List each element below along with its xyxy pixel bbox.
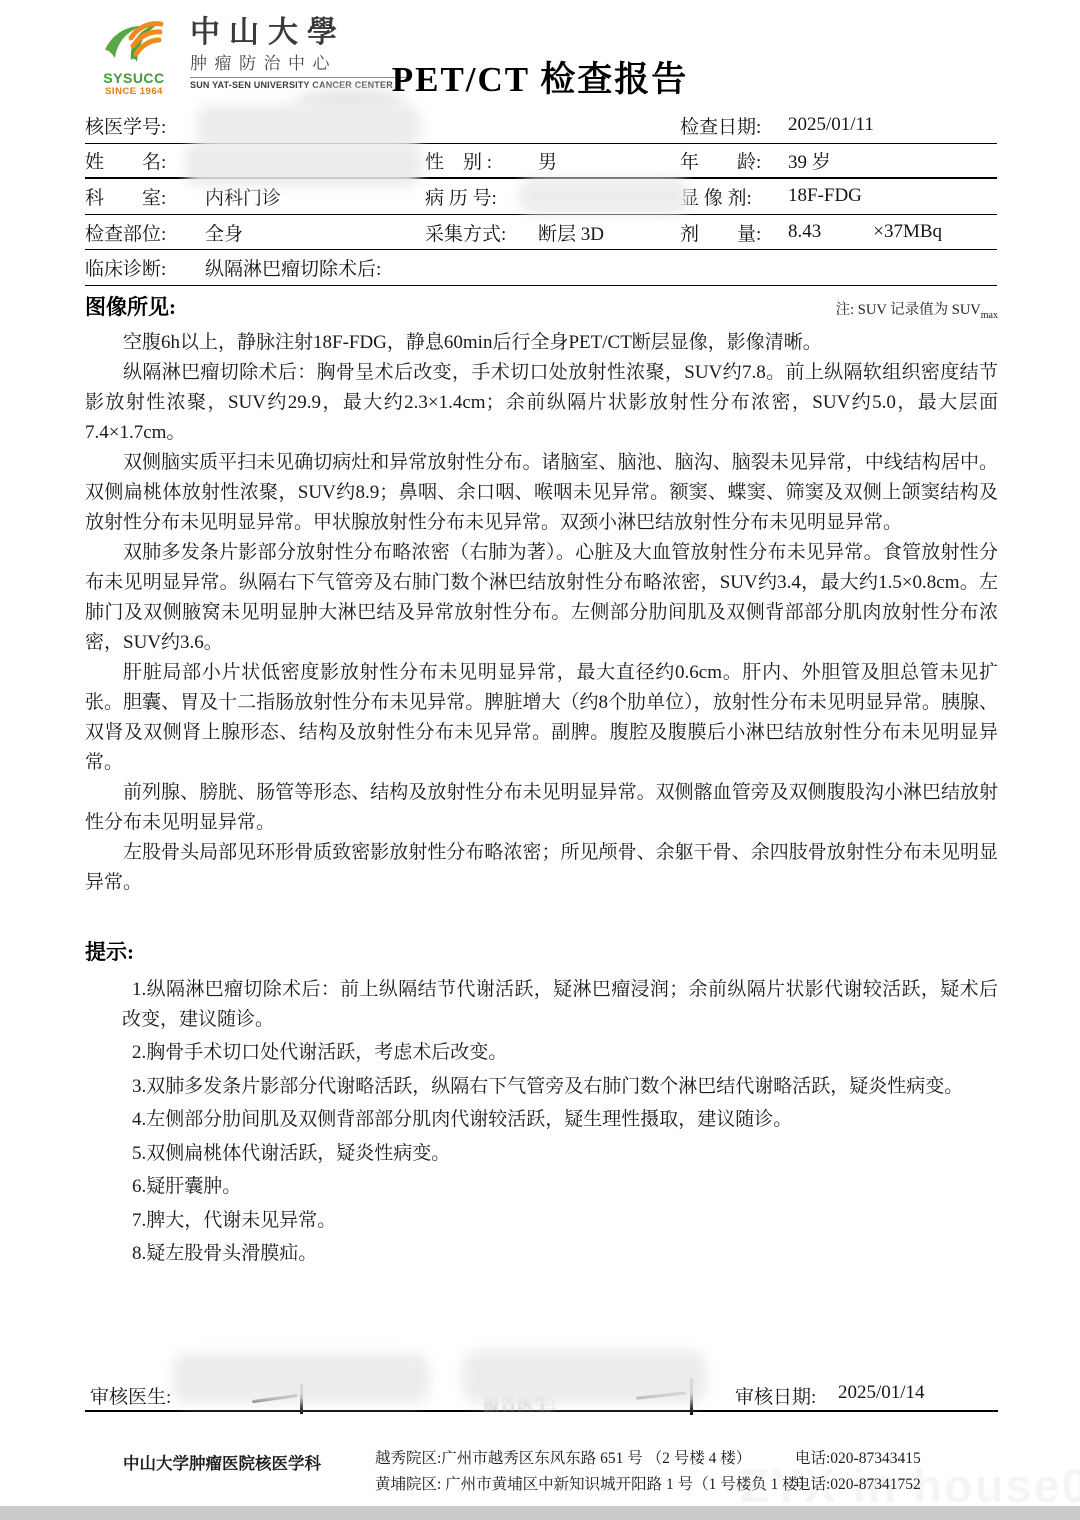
tracer-field: 显 像 剂: 18F-FDG <box>680 183 997 210</box>
tracer-label: 显 像 剂: <box>680 183 788 210</box>
review-date-label: 审核日期: <box>735 1382 816 1409</box>
sex-value: 男 <box>538 147 557 174</box>
mode-label: 采集方式: <box>425 219 538 246</box>
footer-address-yuexiu: 越秀院区:广州市越秀区东风东路 651 号 （2 号楼 4 楼） <box>375 1446 795 1472</box>
findings-paragraph: 双肺多发条片影部分放射性分布略浓密（右肺为著）。心脏及大血管放射性分布未见异常。… <box>85 538 998 658</box>
findings-paragraph: 双侧脑实质平扫未见确切病灶和异常放射性分布。诸脑室、脑池、脑沟、脑裂未见异常，中… <box>85 448 998 538</box>
dept-label: 科 室: <box>85 183 205 210</box>
impression-item: 7.脾大，代谢未见异常。 <box>122 1206 998 1236</box>
footer-department: 中山大学肿瘤医院核医学科 <box>85 1446 375 1498</box>
findings-paragraph: 空腹6h以上，静脉注射18F-FDG，静息60min后行全身PET/CT断层显像… <box>85 328 998 358</box>
redaction-name <box>184 141 422 187</box>
diagnosis-label: 临床诊断: <box>85 254 205 281</box>
petct-report-page: SYSUCC SINCE 1964 中山大學 肿瘤防治中心 SUN YAT-SE… <box>0 0 1080 1520</box>
region-field: 检查部位: 全身 <box>85 219 425 246</box>
exam-no-label: 核医学号: <box>85 112 205 139</box>
exam-date-field: 检查日期: 2025/01/11 <box>680 112 997 139</box>
redaction-reporter-signature <box>462 1350 707 1404</box>
footer-addresses: 越秀院区:广州市越秀区东风东路 651 号 （2 号楼 4 楼） 黄埔院区: 广… <box>375 1446 795 1498</box>
age-value: 39 岁 <box>788 147 831 174</box>
region-value: 全身 <box>205 219 243 246</box>
impression-item: 4.左侧部分肋间肌及双侧背部部分肌肉代谢较活跃，疑生理性摄取，建议随诊。 <box>122 1105 998 1135</box>
dept-field: 科 室: 内科门诊 <box>85 183 425 210</box>
hospital-name-cn: 中山大學 <box>190 16 408 50</box>
findings-paragraph: 纵隔淋巴瘤切除术后：胸骨呈术后改变，手术切口处放射性浓聚，SUV约7.8。前上纵… <box>85 358 998 448</box>
impression-items: 1.纵隔淋巴瘤切除术后：前上纵隔结节代谢活跃，疑淋巴瘤浸润；余前纵隔片状影代谢较… <box>85 975 998 1269</box>
page-bottom-bar <box>0 1506 1080 1520</box>
info-row-diagnosis: 临床诊断: 纵隔淋巴瘤切除术后: <box>85 250 997 286</box>
impression-section: 提示: 1.纵隔淋巴瘤切除术后：前上纵隔结节代谢活跃，疑淋巴瘤浸润；余前纵隔片状… <box>85 936 998 1273</box>
impression-heading: 提示: <box>85 936 998 966</box>
dose-label: 剂 量: <box>680 219 788 246</box>
impression-item: 1.纵隔淋巴瘤切除术后：前上纵隔结节代谢活跃，疑淋巴瘤浸润；余前纵隔片状影代谢较… <box>122 975 998 1034</box>
suv-note: 注: SUV 记录值为 SUVmax <box>836 298 998 321</box>
findings-heading: 图像所见: <box>85 291 176 321</box>
impression-item: 3.双肺多发条片影部分代谢略活跃，纵隔右下气管旁及右肺门数个淋巴结代谢略活跃，疑… <box>122 1072 998 1102</box>
dose-field: 剂 量: 8.43 ×37MBq <box>680 219 997 246</box>
mode-field: 采集方式: 断层 3D <box>425 219 680 246</box>
diagnosis-field: 临床诊断: 纵隔淋巴瘤切除术后: <box>85 254 997 281</box>
watermark-text: ZYX in house086 <box>740 1458 1080 1513</box>
mode-value: 断层 3D <box>538 219 604 246</box>
suv-note-text: 注: SUV 记录值为 SUV <box>836 302 981 318</box>
redaction-exam-no <box>196 104 422 146</box>
exam-date-label: 检查日期: <box>680 112 788 139</box>
findings-section: 图像所见: 注: SUV 记录值为 SUVmax 空腹6h以上，静脉注射18F-… <box>85 291 998 898</box>
suv-note-sub: max <box>981 310 998 321</box>
age-field: 年 龄: 39 岁 <box>680 147 997 174</box>
tracer-value: 18F-FDG <box>788 185 862 207</box>
diagnosis-value: 纵隔淋巴瘤切除术后: <box>205 254 381 281</box>
page-title: PET/CT 检查报告 <box>0 52 1080 102</box>
exam-date-value: 2025/01/11 <box>788 114 874 136</box>
redaction-reviewer-signature <box>172 1352 430 1404</box>
findings-paragraph: 前列腺、膀胱、肠管等形态、结构及放射性分布未见明显异常。双侧髂血管旁及双侧腹股沟… <box>85 778 998 838</box>
impression-item: 8.疑左股骨头滑膜疝。 <box>122 1239 998 1269</box>
dose-value: 8.43 <box>788 221 821 243</box>
review-date-value: 2025/01/14 <box>838 1382 925 1404</box>
region-label: 检查部位: <box>85 219 205 246</box>
reviewer-label: 审核医生: <box>90 1382 171 1409</box>
impression-item: 5.双侧扁桃体代谢活跃，疑炎性病变。 <box>122 1139 998 1169</box>
footer-address-huangpu: 黄埔院区: 广州市黄埔区中新知识城开阳路 1 号（1 号楼负 1 楼） <box>375 1472 795 1498</box>
sex-label: 性 别 : <box>425 147 538 174</box>
dept-value: 内科门诊 <box>205 183 281 210</box>
redaction-record-no <box>518 177 690 215</box>
info-row-scan: 检查部位: 全身 采集方式: 断层 3D 剂 量: 8.43 ×37MBq <box>85 215 997 251</box>
findings-header: 图像所见: 注: SUV 记录值为 SUVmax <box>85 291 998 321</box>
sex-field: 性 别 : 男 <box>425 147 680 174</box>
age-label: 年 龄: <box>680 147 788 174</box>
findings-body: 空腹6h以上，静脉注射18F-FDG，静息60min后行全身PET/CT断层显像… <box>85 328 998 898</box>
impression-item: 6.疑肝囊肿。 <box>122 1172 998 1202</box>
findings-paragraph: 肝脏局部小片状低密度影放射性分布未见明显异常，最大直径约0.6cm。肝内、外胆管… <box>85 658 998 778</box>
dose-unit: ×37MBq <box>873 221 942 243</box>
impression-item: 2.胸骨手术切口处代谢活跃，考虑术后改变。 <box>122 1038 998 1068</box>
findings-paragraph: 左股骨头局部见环形骨质致密影放射性分布略浓密；所见颅骨、余躯干骨、余四肢骨放射性… <box>85 838 998 898</box>
